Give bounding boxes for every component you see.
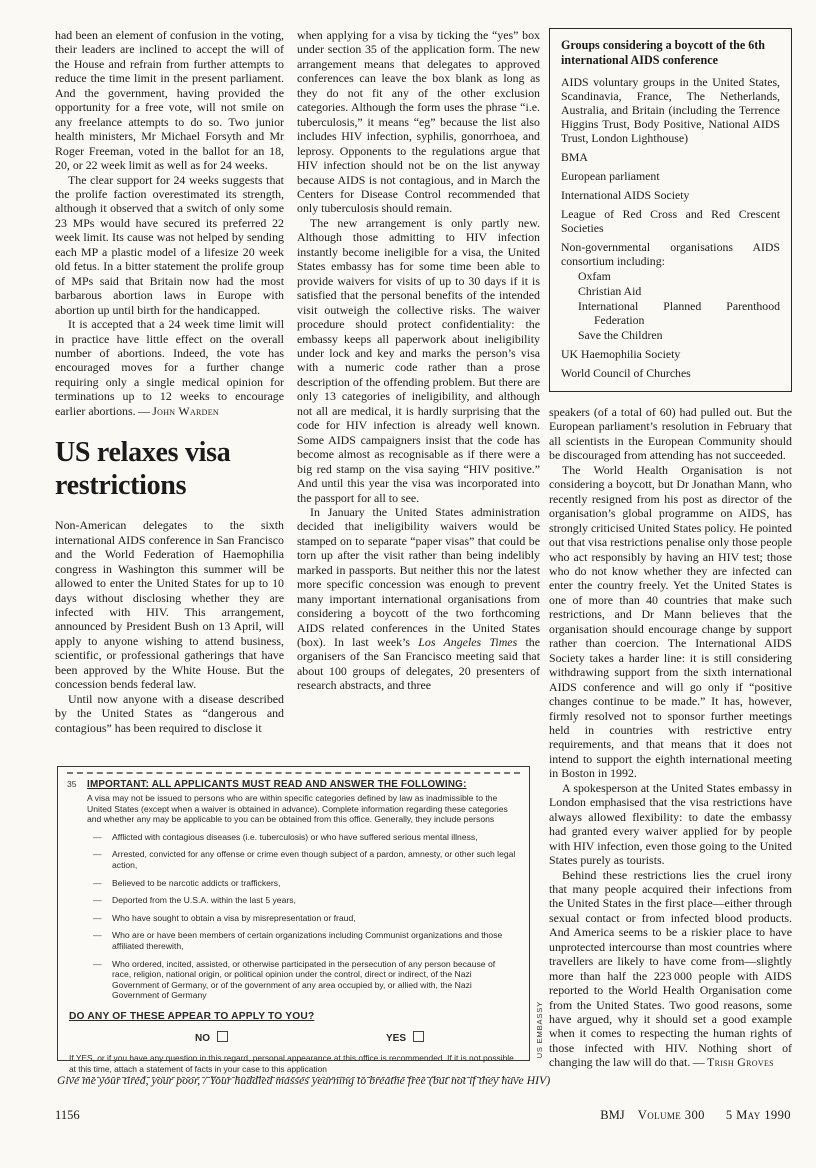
prev-article-paragraph: It is accepted that a 24 week time limit… [55,317,284,418]
author-byline: Trish Groves [707,1055,774,1069]
form-cut-line [67,772,520,774]
dash-bullet: — [93,849,112,870]
form-item-text: Believed to be narcotic addicts or traff… [112,878,280,889]
article-paragraph: when applying for a visa by ticking the … [297,28,540,216]
dash-bullet: — [93,832,112,843]
form-section-number: 35 [67,779,87,789]
figure-caption: Give me your tired, your poor, / Your hu… [57,1074,657,1087]
box-item: European parliament [561,169,780,183]
column-right: Groups considering a boycott of the 6th … [549,28,792,1070]
column-middle: when applying for a visa by ticking the … [297,28,540,693]
no-label: NO [195,1033,210,1044]
article-paragraph: Non-American delegates to the sixth inte… [55,518,284,691]
yes-checkbox [413,1031,424,1042]
form-item-text: Deported from the U.S.A. within the last… [112,895,296,906]
form-item-text: Afflicted with contagious diseases (i.e.… [112,832,478,843]
page-number: 1156 [55,1108,80,1123]
journal-name: BMJ [600,1108,625,1122]
yes-answer: YES [386,1031,424,1044]
form-list-item: —Who have sought to obtain a visa by mis… [93,913,516,924]
box-subitem: Oxfam [561,269,780,283]
dash-bullet: — [93,959,112,1001]
prev-article-paragraph: had been an element of confusion in the … [55,28,284,173]
box-item: AIDS voluntary groups in the United Stat… [561,75,780,145]
yes-label: YES [386,1033,406,1044]
article-paragraph: Until now anyone with a disease describe… [55,692,284,735]
form-answers-row: NO YES [67,1031,520,1044]
form-item-text: Who are or have been members of certain … [112,930,516,951]
no-answer: NO [195,1031,228,1044]
form-item-text: Arrested, convicted for any offense or c… [112,849,516,870]
article-paragraph: A spokesperson at the United States emba… [549,781,792,868]
visa-form-figure: 35 IMPORTANT: ALL APPLICANTS MUST READ A… [57,766,530,1060]
form-item-text: Who have sought to obtain a visa by misr… [112,913,356,924]
article-paragraph: The World Health Organisation is not con… [549,463,792,781]
form-question: DO ANY OF THESE APPEAR TO APPLY TO YOU? [69,1011,520,1022]
box-item: Non-governmental organisations AIDS cons… [561,240,780,268]
form-list-item: —Arrested, convicted for any offense or … [93,849,516,870]
article-paragraph: Behind these restrictions lies the cruel… [549,868,792,1070]
box-item: World Council of Churches [561,366,780,380]
form-list-item: —Believed to be narcotic addicts or traf… [93,878,516,889]
box-item: BMA [561,150,780,164]
box-subitem: International Planned Parenthood Federat… [561,299,780,327]
form-list-item: —Who ordered, incited, assisted, or othe… [93,959,516,1001]
form-bottom-border [57,1060,530,1061]
article-paragraph: speakers (of a total of 60) had pulled o… [549,405,792,463]
box-subitem: Christian Aid [561,284,780,298]
dash-bullet: — [93,930,112,951]
journal-volume: Volume 300 [638,1108,705,1122]
article-paragraph: In January the United States administrat… [297,505,540,693]
publication-name: Los Angeles Times [418,635,517,649]
form-list-item: —Deported from the U.S.A. within the las… [93,895,516,906]
photo-credit: US EMBASSY [535,1001,544,1058]
box-item: International AIDS Society [561,188,780,202]
box-item: League of Red Cross and Red Crescent Soc… [561,207,780,235]
box-item: UK Haemophilia Society [561,347,780,361]
dash-bullet: — [93,895,112,906]
no-checkbox [217,1031,228,1042]
form-title: IMPORTANT: ALL APPLICANTS MUST READ AND … [87,779,467,790]
journal-footer: BMJVolume 3005 May 1990 [600,1108,791,1123]
form-note: If YES, or if you have any question in t… [69,1053,518,1074]
form-list-item: —Afflicted with contagious diseases (i.e… [93,832,516,843]
paragraph-text: It is accepted that a 24 week time limit… [55,317,284,418]
issue-date: 5 May 1990 [726,1108,791,1122]
prev-article-paragraph: The clear support for 24 weeks suggests … [55,173,284,318]
box-subitem: Save the Children [561,328,780,342]
form-item-text: Who ordered, incited, assisted, or other… [112,959,516,1001]
paragraph-text: Behind these restrictions lies the cruel… [549,868,792,1070]
column-left: had been an element of confusion in the … [55,28,284,735]
boycott-groups-box: Groups considering a boycott of the 6th … [549,28,792,392]
dash-bullet: — [93,878,112,889]
form-header: 35 IMPORTANT: ALL APPLICANTS MUST READ A… [67,779,520,790]
article-title: US relaxes visa restrictions [55,436,284,502]
dash-bullet: — [93,913,112,924]
journal-page: had been an element of confusion in the … [0,0,816,1168]
article-paragraph: The new arrangement is only partly new. … [297,216,540,505]
paragraph-text: In January the United States administrat… [297,505,540,649]
box-title: Groups considering a boycott of the 6th … [561,38,780,68]
form-list-item: —Who are or have been members of certain… [93,930,516,951]
form-intro: A visa may not be issued to persons who … [87,793,516,825]
author-byline: John Warden [152,404,219,418]
